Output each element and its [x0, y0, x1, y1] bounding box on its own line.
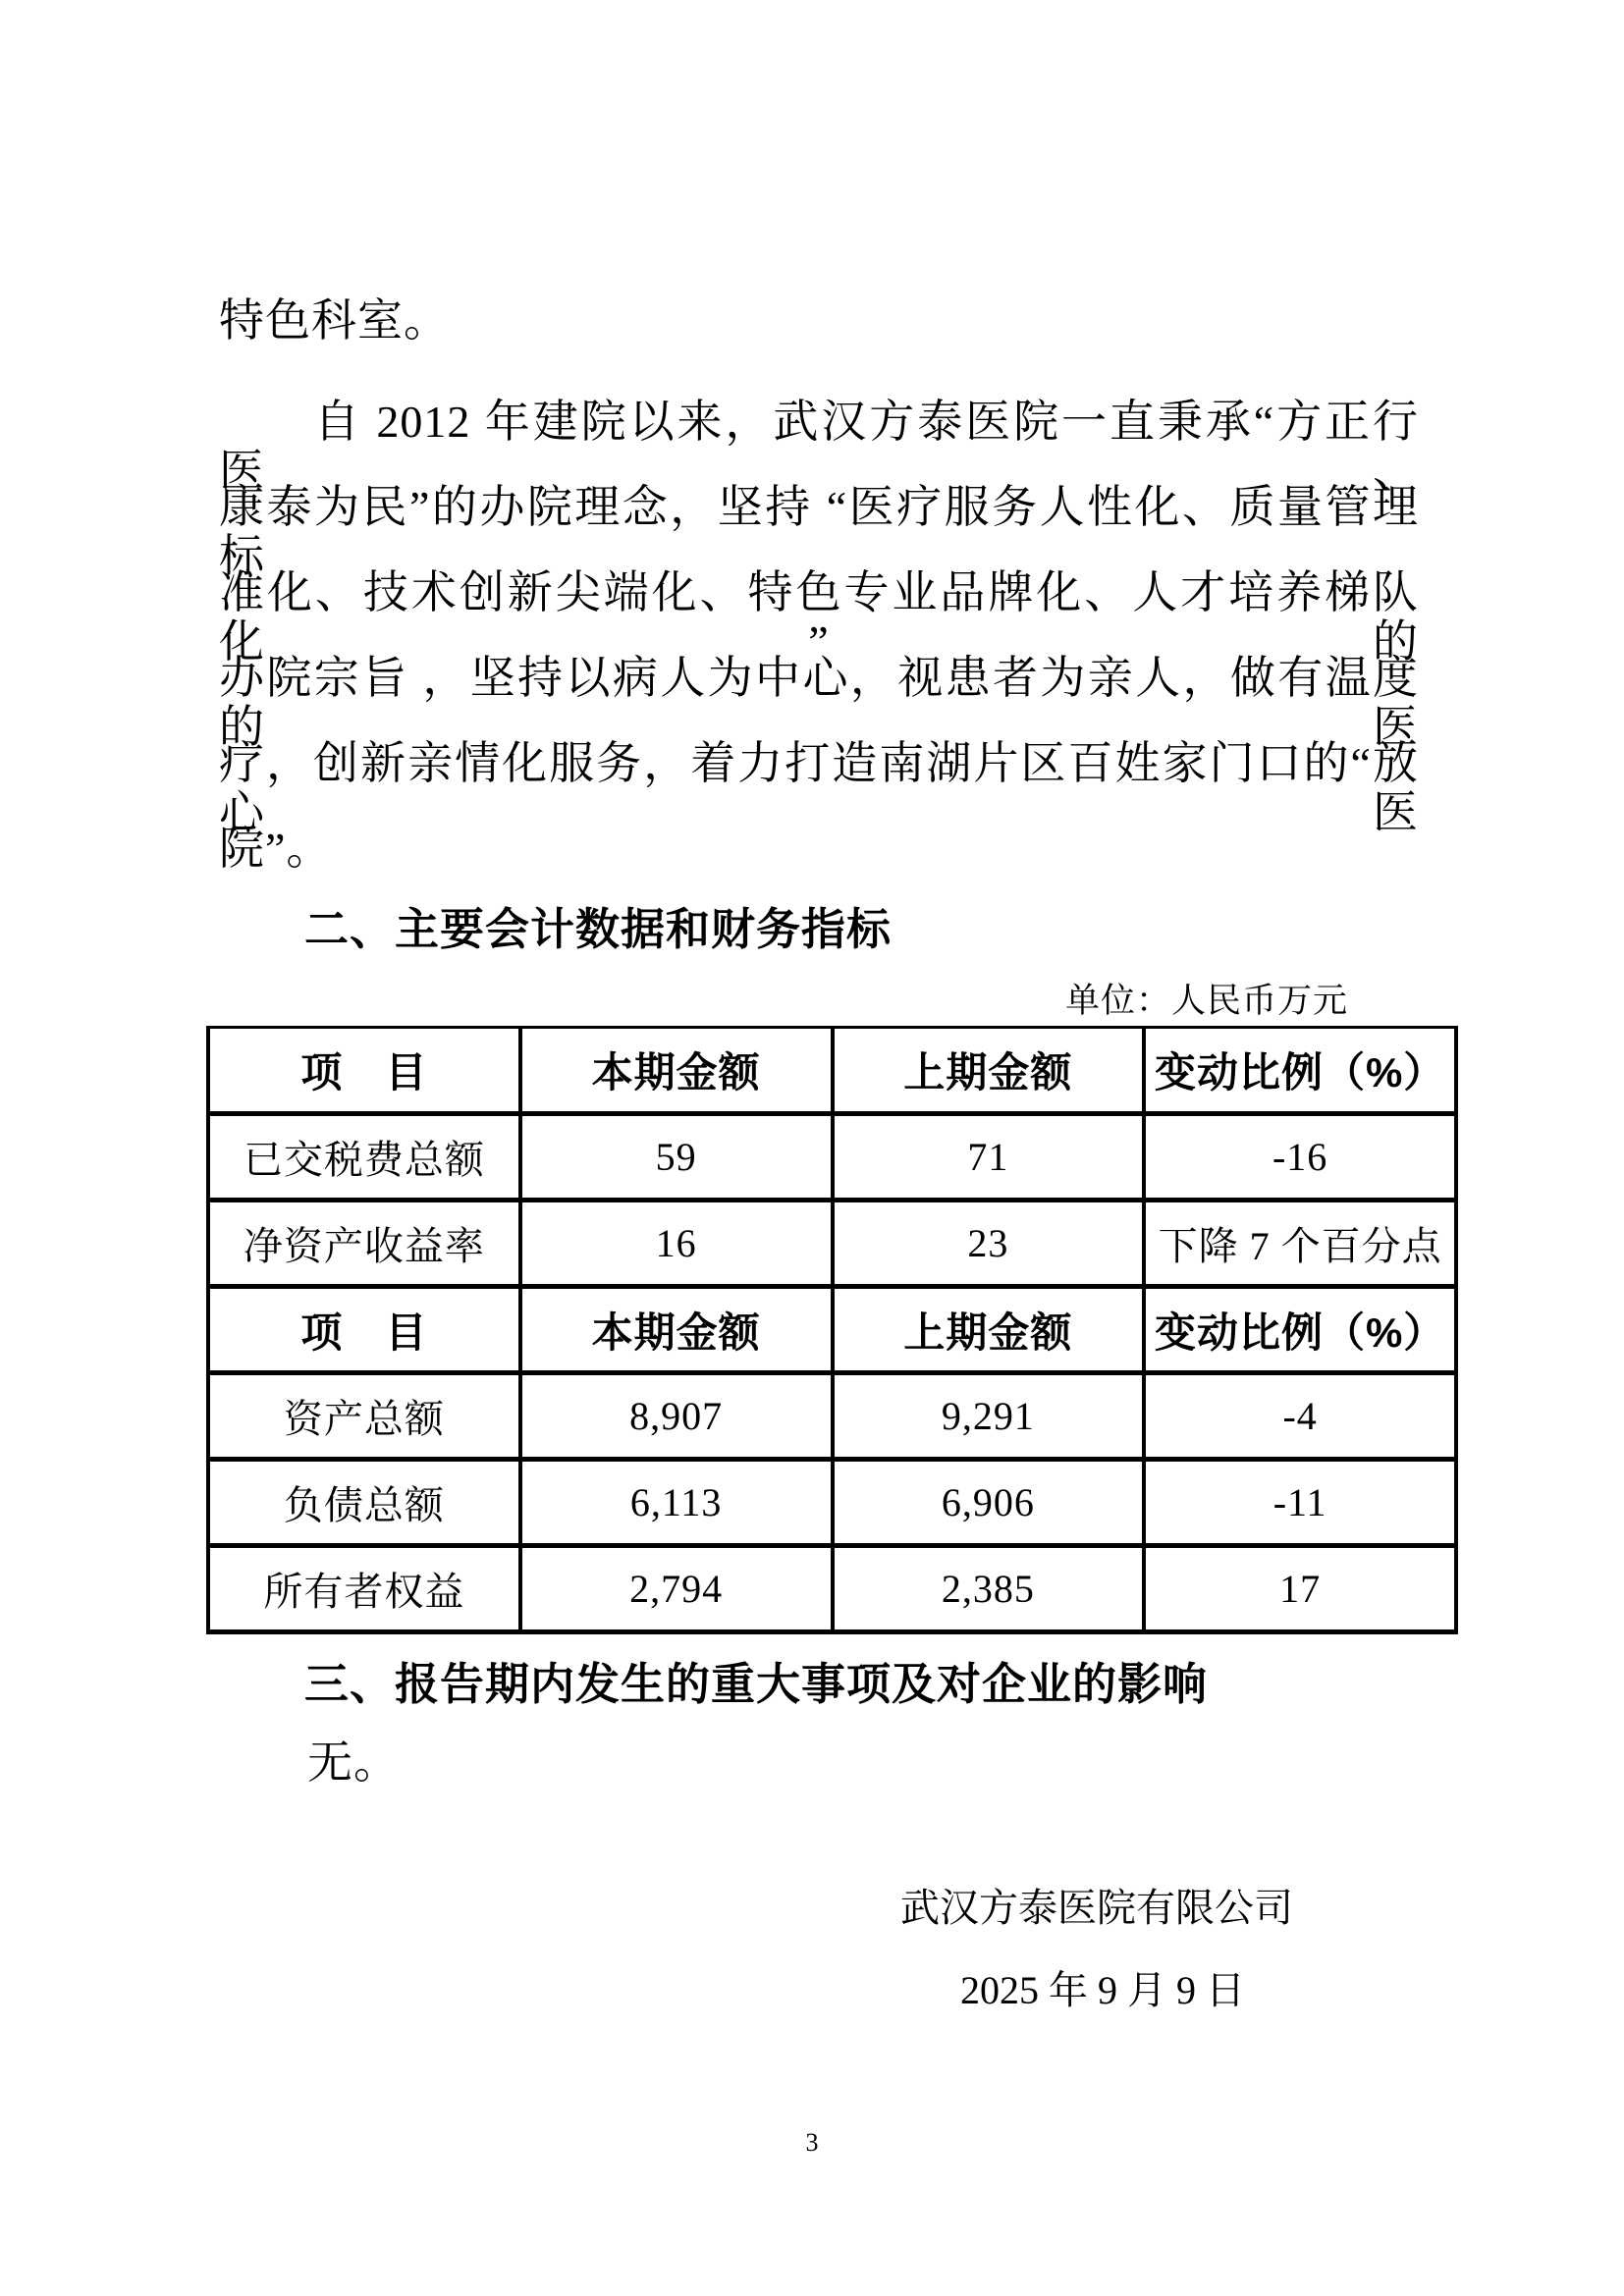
table-header-row: 项 目 本期金额 上期金额 变动比例（%） [208, 1287, 1456, 1373]
table-cell: -11 [1144, 1460, 1456, 1546]
table-cell: 2,794 [520, 1546, 833, 1632]
table-cell: 6,113 [520, 1460, 833, 1546]
table-cell: 下降 7 个百分点 [1144, 1201, 1456, 1287]
document-page: 特色科室。 自 2012 年建院以来，武汉方泰医院一直秉承“方正行医、 康泰为民… [0, 0, 1624, 2296]
section2-heading: 二、主要会计数据和财务指标 [304, 905, 892, 954]
body-text-line: 准化、技术创新尖端化、特色专业品牌化、人才培养梯队化”的 [219, 568, 1419, 667]
signature-company: 武汉方泰医院有限公司 [900, 1886, 1293, 1931]
financial-table: 项 目 本期金额 上期金额 变动比例（%） 已交税费总额 59 71 -16 净… [206, 1026, 1458, 1634]
body-text-line: 特色科室。 [219, 296, 1419, 346]
table-cell: 负债总额 [208, 1460, 520, 1546]
table-row: 资产总额 8,907 9,291 -4 [208, 1373, 1456, 1460]
table-row: 所有者权益 2,794 2,385 17 [208, 1546, 1456, 1632]
table-header-row: 项 目 本期金额 上期金额 变动比例（%） [208, 1028, 1456, 1114]
table-cell: 上期金额 [833, 1028, 1145, 1114]
table-cell: 9,291 [833, 1373, 1145, 1460]
table-cell: 已交税费总额 [208, 1114, 520, 1201]
table-cell: 项 目 [208, 1028, 520, 1114]
table-cell: 项 目 [208, 1287, 520, 1373]
body-text-line: 疗，创新亲情化服务，着力打造南湖片区百姓家门口的“放心医 [219, 739, 1419, 837]
body-text-line: 办院宗旨 ，坚持以病人为中心，视患者为亲人，做有温度的医 [219, 654, 1419, 752]
table-cell: -16 [1144, 1114, 1456, 1201]
table-cell: 16 [520, 1201, 833, 1287]
body-text-line: 自 2012 年建院以来，武汉方泰医院一直秉承“方正行医、 [219, 398, 1419, 496]
table-cell: 71 [833, 1114, 1145, 1201]
table-cell: -4 [1144, 1373, 1456, 1460]
table-cell: 变动比例（%） [1144, 1287, 1456, 1373]
unit-note: 单位：人民币万元 [1065, 982, 1348, 1021]
page-number: 3 [0, 2128, 1624, 2158]
section3-content: 无。 [307, 1738, 400, 1788]
table-cell: 变动比例（%） [1144, 1028, 1456, 1114]
table-cell: 本期金额 [520, 1287, 833, 1373]
table-cell: 本期金额 [520, 1028, 833, 1114]
body-text-line: 院”。 [219, 825, 1419, 874]
body-text-line: 康泰为民”的办院理念，坚持 “医疗服务人性化、质量管理标 [219, 483, 1419, 581]
table-row: 已交税费总额 59 71 -16 [208, 1114, 1456, 1201]
table-cell: 净资产收益率 [208, 1201, 520, 1287]
table-cell: 17 [1144, 1546, 1456, 1632]
section3-heading: 三、报告期内发生的重大事项及对企业的影响 [304, 1660, 1208, 1709]
table-cell: 上期金额 [833, 1287, 1145, 1373]
table-cell: 6,906 [833, 1460, 1145, 1546]
table-cell: 8,907 [520, 1373, 833, 1460]
table-cell: 59 [520, 1114, 833, 1201]
table-cell: 2,385 [833, 1546, 1145, 1632]
table-cell: 资产总额 [208, 1373, 520, 1460]
table-row: 净资产收益率 16 23 下降 7 个百分点 [208, 1201, 1456, 1287]
signature-date: 2025 年 9 月 9 日 [960, 1968, 1245, 2013]
table-cell: 所有者权益 [208, 1546, 520, 1632]
table-cell: 23 [833, 1201, 1145, 1287]
table-row: 负债总额 6,113 6,906 -11 [208, 1460, 1456, 1546]
